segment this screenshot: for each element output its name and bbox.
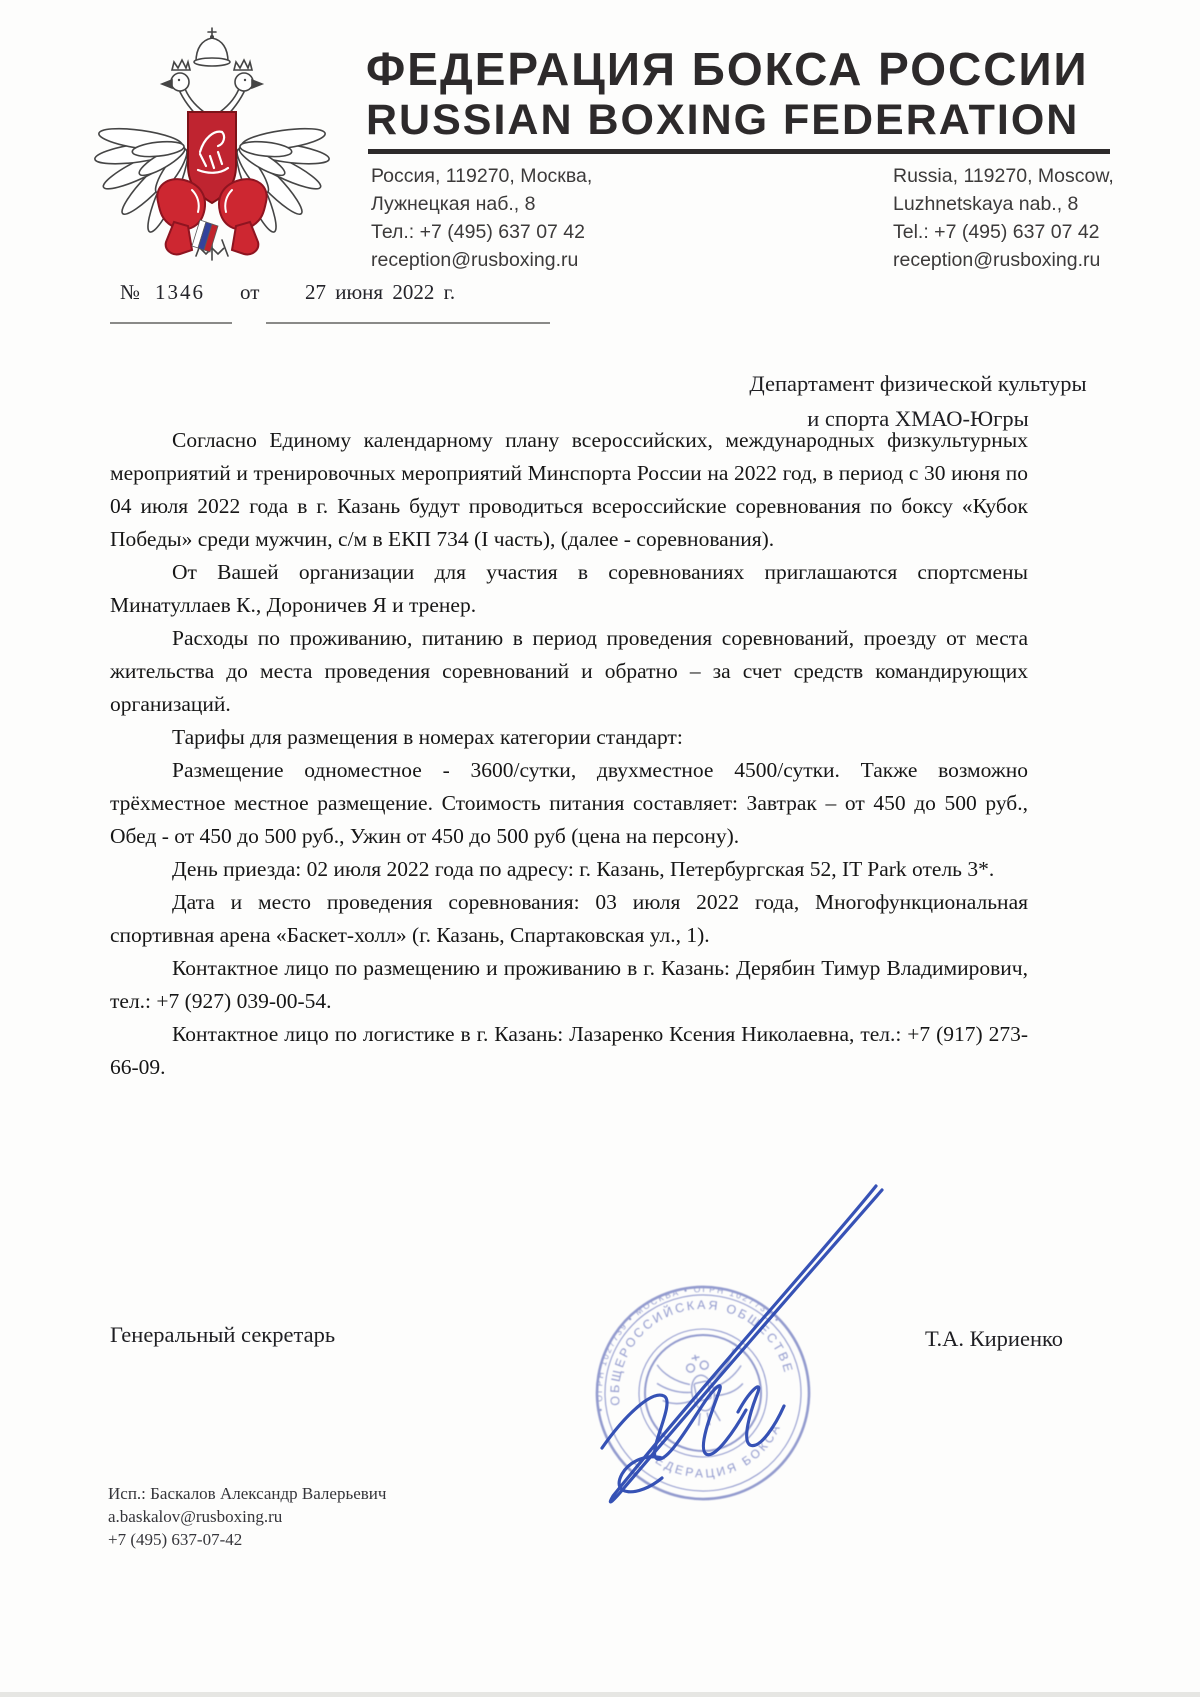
address-line: Luzhnetskaya nab., 8 (893, 190, 1200, 218)
body-paragraph: Контактное лицо по размещению и проживан… (110, 952, 1028, 1018)
address-line: reception@rusboxing.ru (371, 246, 711, 274)
address-line: Russia, 119270, Moscow, (893, 162, 1200, 190)
signer-title: Генеральный секретарь (110, 1322, 335, 1348)
letter-body: Согласно Единому календарному плану всер… (110, 424, 1028, 1084)
address-line: Тел.: +7 (495) 637 07 42 (371, 218, 711, 246)
svg-text:ФЕДЕРАЦИЯ БОКСА РОССИИ: ФЕДЕРАЦИЯ БОКСА РОССИИ (540, 1150, 795, 1514)
signer-name: Т.А. Кириенко (925, 1326, 1063, 1352)
address-line: Tel.: +7 (495) 637 07 42 (893, 218, 1200, 246)
address-block-en: Russia, 119270, Moscow, Luzhnetskaya nab… (893, 162, 1200, 274)
address-line: reception@rusboxing.ru (893, 246, 1200, 274)
executor-block: Исп.: Баскалов Александр Валерьевич a.ba… (108, 1482, 386, 1551)
body-paragraph: Контактное лицо по логистике в г. Казань… (110, 1018, 1028, 1084)
ref-from-label: от (240, 280, 259, 305)
body-paragraph: Дата и место проведения соревнования: 03… (110, 886, 1028, 952)
body-paragraph: Расходы по проживанию, питанию в период … (110, 622, 1028, 721)
stamp-arc-text-bottom: ФЕДЕРАЦИЯ БОКСА РОССИИ (540, 1150, 795, 1514)
org-name-ru: ФЕДЕРАЦИЯ БОКСА РОССИИ (366, 42, 1126, 96)
executor-line: a.baskalov@rusboxing.ru (108, 1505, 386, 1528)
body-paragraph: Размещение одноместное - 3600/сутки, дву… (110, 754, 1028, 853)
body-paragraph: Тарифы для размещения в номерах категори… (110, 721, 1028, 754)
body-paragraph: От Вашей организации для участия в сорев… (110, 556, 1028, 622)
ref-number-value: 1346 (155, 280, 205, 305)
org-name-en: RUSSIAN BOXING FEDERATION (366, 96, 1126, 145)
seal-and-signature: ОБЩЕРОССИЙСКАЯ ОБЩЕСТВЕННАЯ ОРГАНИЗАЦИЯ … (540, 1150, 920, 1530)
svg-text:• ОГРН 1027739 • МОСКВА • ОГРН: • ОГРН 1027739 • МОСКВА • ОГРН 1027739 • (574, 1267, 794, 1413)
ref-date-value: 27 июня 2022 г. (305, 280, 455, 305)
ref-number-label: № (120, 280, 140, 305)
handwritten-signature (540, 1150, 920, 1530)
address-block-ru: Россия, 119270, Москва, Лужнецкая наб., … (371, 162, 711, 274)
stamp-arc-text-top: ОБЩЕРОССИЙСКАЯ ОБЩЕСТВЕННАЯ ОРГАНИЗАЦИЯ (540, 1150, 796, 1428)
recipient-line: Департамент физической культуры (716, 366, 1120, 401)
svg-text:ОБЩЕРОССИЙСКАЯ ОБЩЕСТВЕННАЯ ОР: ОБЩЕРОССИЙСКАЯ ОБЩЕСТВЕННАЯ ОРГАНИЗАЦИЯ (540, 1150, 796, 1428)
address-line: Лужнецкая наб., 8 (371, 190, 711, 218)
header-divider (368, 149, 1110, 154)
ref-number-underline (110, 322, 232, 324)
body-paragraph: Согласно Единому календарному плану всер… (110, 424, 1028, 556)
round-stamp-icon: ОБЩЕРОССИЙСКАЯ ОБЩЕСТВЕННАЯ ОРГАНИЗАЦИЯ … (540, 1150, 920, 1530)
letter-page: ФЕДЕРАЦИЯ БОКСА РОССИИ RUSSIAN BOXING FE… (0, 0, 1200, 1697)
stamp-arc-text-outer: • ОГРН 1027739 • МОСКВА • ОГРН 1027739 • (574, 1267, 794, 1413)
scan-edge (0, 1692, 1200, 1697)
executor-line: +7 (495) 637-07-42 (108, 1528, 386, 1551)
address-line: Россия, 119270, Москва, (371, 162, 711, 190)
reference-line: № 1346 от 27 июня 2022 г. (0, 280, 700, 330)
body-paragraph: День приезда: 02 июля 2022 года по адрес… (110, 853, 1028, 886)
ref-date-underline (266, 322, 550, 324)
executor-line: Исп.: Баскалов Александр Валерьевич (108, 1482, 386, 1505)
boxing-federation-logo (88, 24, 336, 266)
